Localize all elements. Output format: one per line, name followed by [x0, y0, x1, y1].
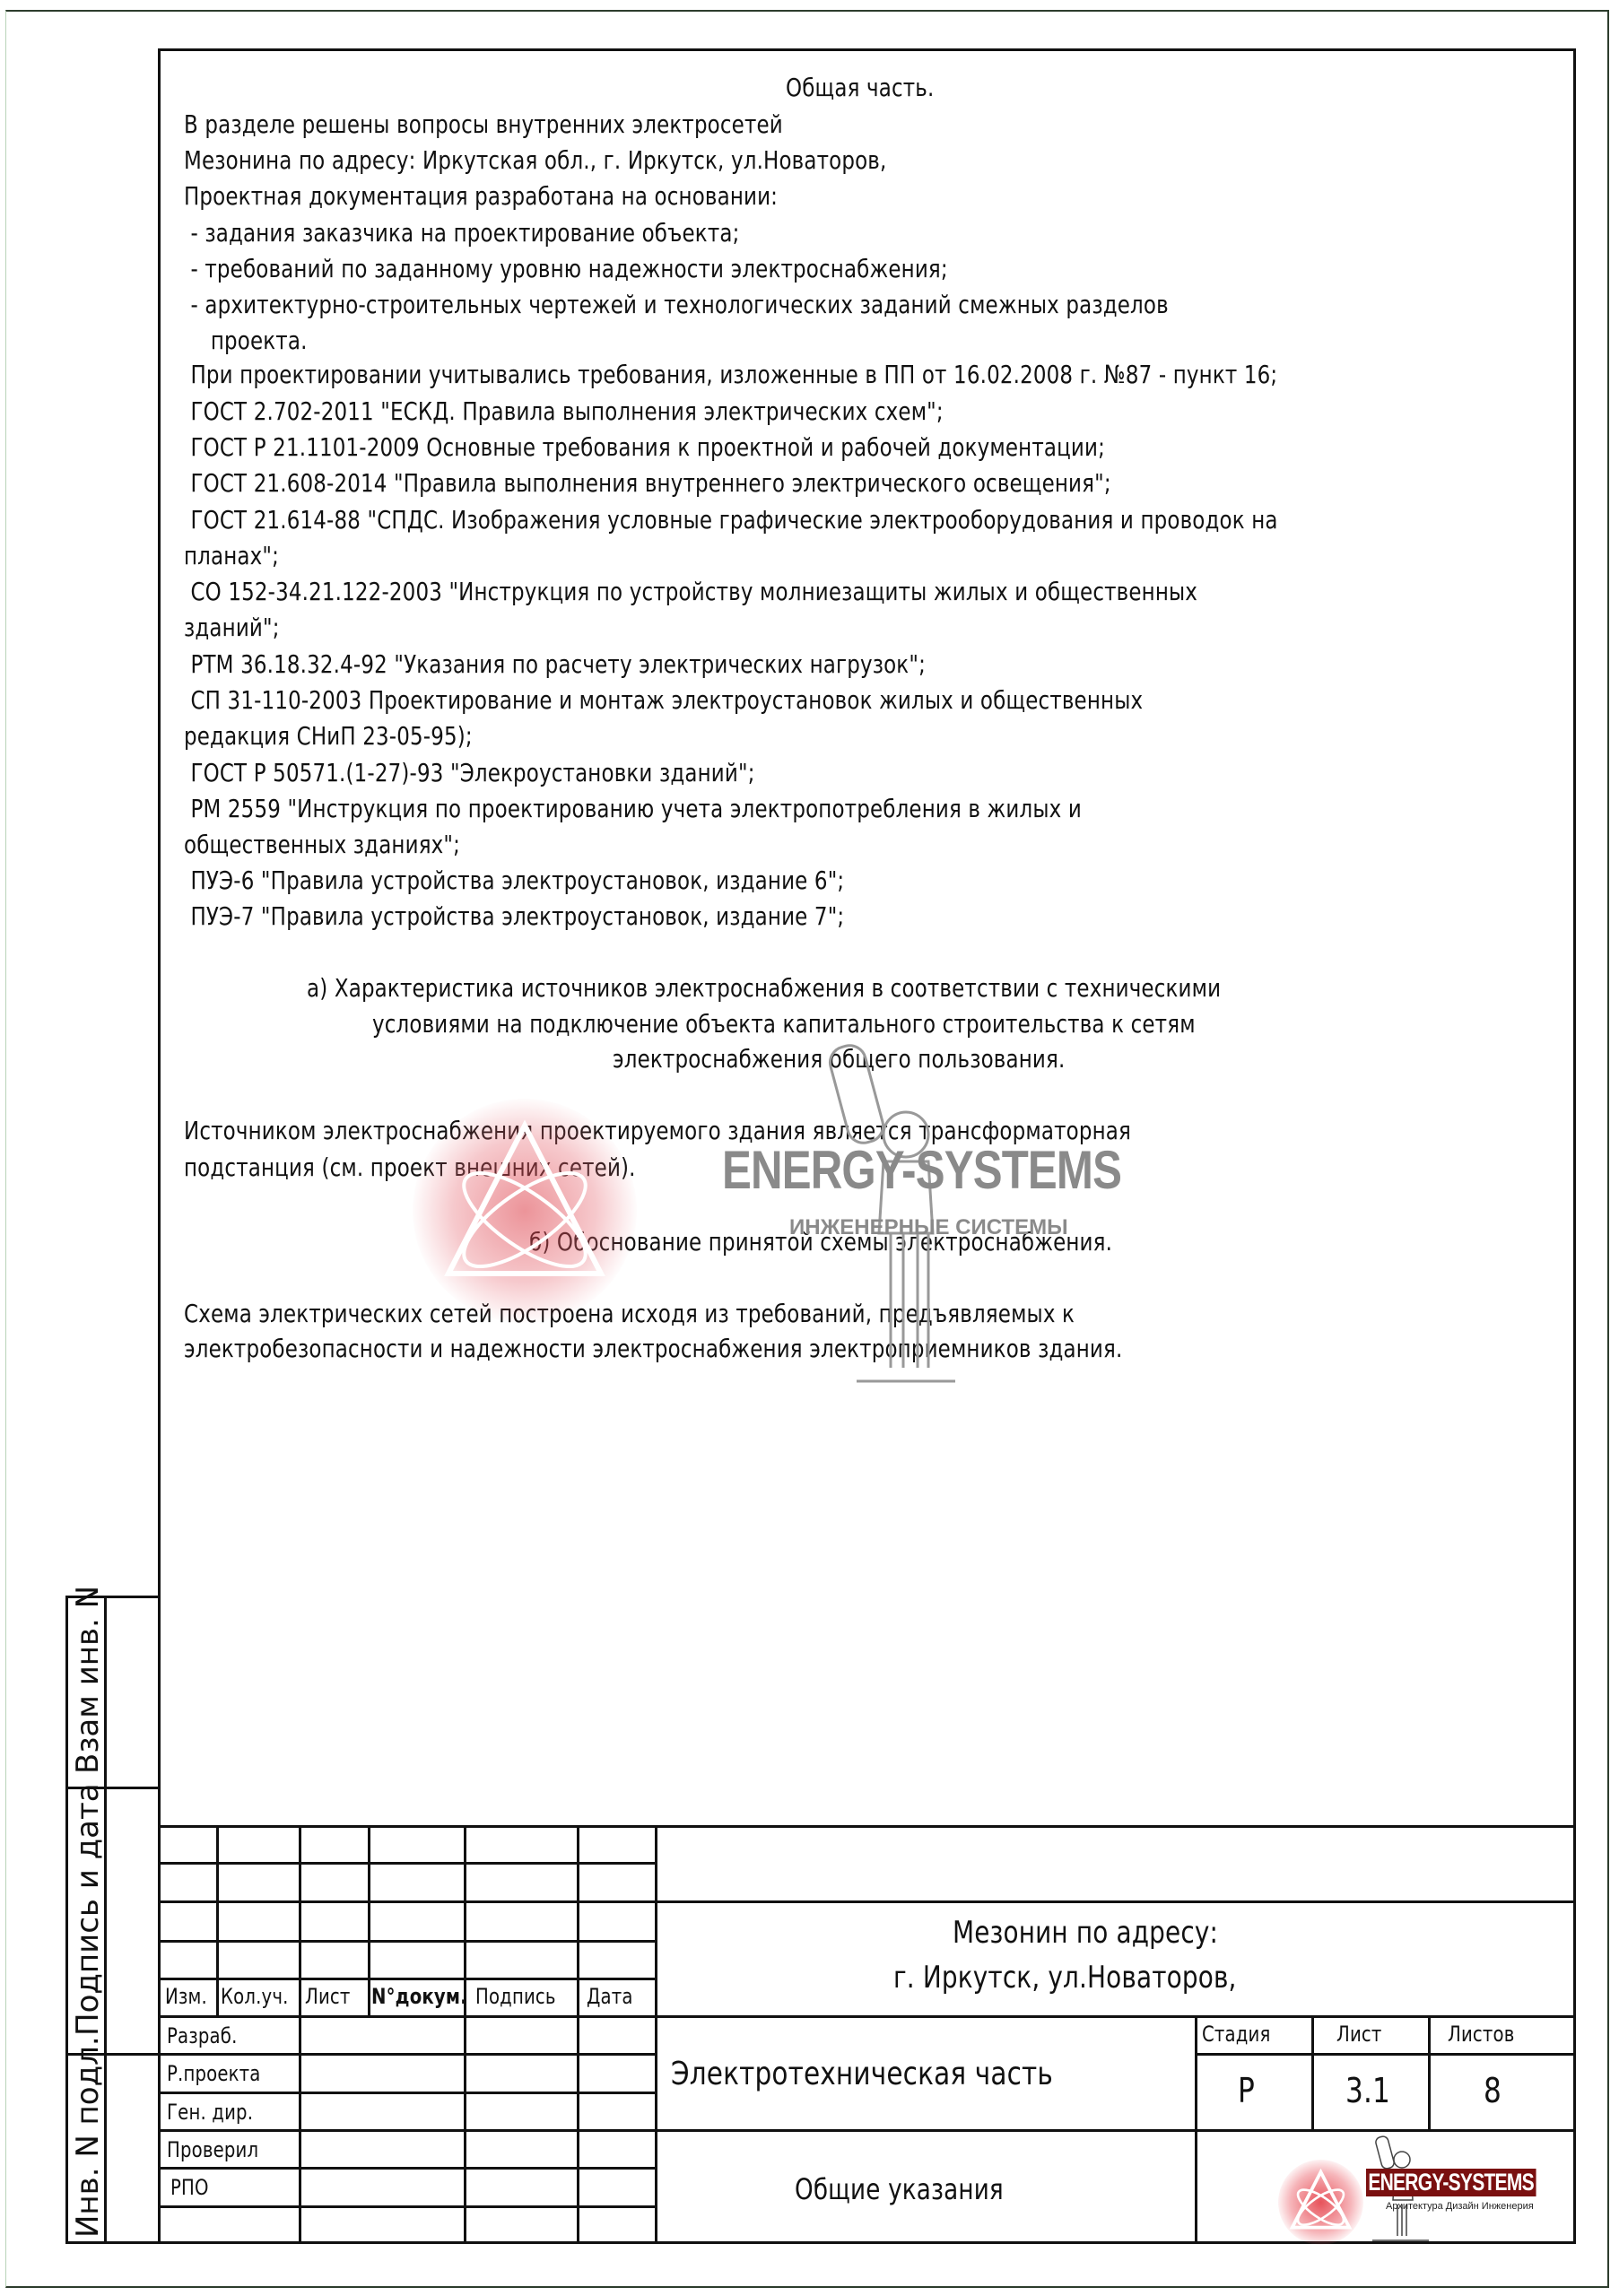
header-sheet: Лист: [305, 1986, 351, 2007]
header-change: Изм.: [165, 1986, 207, 2007]
section-b-body-2: электробезопасности и надежности электро…: [184, 1336, 1122, 1361]
body-line: ПУЭ-7 "Правила устройства электроустанов…: [184, 904, 844, 929]
body-line: ГОСТ Р 21.1101-2009 Основные требования …: [184, 435, 1105, 460]
body-line: общественных зданиях";: [184, 832, 460, 857]
side-label-replacement-inv: Взам инв. N: [70, 1586, 106, 1774]
body-line: ПУЭ-6 "Правила устройства электроустанов…: [184, 868, 844, 893]
section-a-title-3: электроснабжения общего пользования.: [613, 1047, 1065, 1072]
section-a-title-1: а) Характеристика источников электроснаб…: [307, 976, 1221, 1001]
body-line: планах";: [184, 544, 279, 569]
side-label-signature-date: Подпись и дата: [70, 1783, 106, 2036]
role-checked: Проверил: [167, 2139, 258, 2161]
body-line: - задания заказчика на проектирование об…: [184, 221, 739, 246]
role-rpo: РПО: [170, 2177, 209, 2198]
body-line: РТМ 36.18.32.4-92 "Указания по расчету э…: [184, 652, 926, 677]
body-line: СО 152-34.21.122-2003 "Инструкция по уст…: [184, 579, 1197, 604]
sheets-value: 8: [1484, 2074, 1501, 2108]
stage-value: Р: [1238, 2074, 1255, 2108]
body-line: ГОСТ 21.608-2014 "Правила выполнения вну…: [184, 471, 1111, 496]
section-a-title-2: условиями на подключение объекта капитал…: [372, 1012, 1196, 1037]
section-a-body-2: подстанция (см. проект внешних сетей).: [184, 1155, 636, 1180]
role-project-lead: Р.проекта: [167, 2063, 261, 2084]
company-logo: ENERGY-SYSTEMS Архитектура Дизайн Инжене…: [1260, 2133, 1520, 2242]
section-title: Электротехническая часть: [671, 2058, 1053, 2091]
stage-label: Стадия: [1202, 2023, 1270, 2045]
body-line: редакция СНиП 23-05-95);: [184, 724, 473, 749]
side-label-inv-original: Инв. N подл.: [70, 2036, 106, 2238]
body-line: - архитектурно-строительных чертежей и т…: [184, 292, 1169, 317]
body-line: В разделе решены вопросы внутренних элек…: [184, 112, 783, 137]
object-title-line-1: Мезонин по адресу:: [953, 1918, 1218, 1948]
role-general-director: Ген. дир.: [167, 2101, 253, 2123]
body-line: СП 31-110-2003 Проектирование и монтаж э…: [184, 688, 1143, 713]
header-doc-number: N°докум.: [371, 1986, 467, 2007]
header-date: Дата: [587, 1986, 633, 2007]
sheet-label: Лист: [1336, 2023, 1382, 2045]
body-line: - требований по заданному уровню надежно…: [184, 257, 948, 282]
sheet-value: 3.1: [1345, 2074, 1390, 2108]
body-line: Проектная документация разработана на ос…: [184, 184, 778, 209]
body-line: проекта.: [184, 328, 308, 353]
body-line: ГОСТ 2.702-2011 "ЕСКД. Правила выполнени…: [184, 399, 944, 424]
sheets-label: Листов: [1448, 2023, 1515, 2045]
section-b-title: б) Обоснование принятой схемы электросна…: [529, 1230, 1112, 1255]
body-line: зданий";: [184, 615, 280, 640]
header-count: Кол.уч.: [221, 1986, 289, 2007]
header-signature: Подпись: [475, 1986, 556, 2007]
logo-atom-star-icon: [1287, 2169, 1354, 2236]
page-heading: Общая часть.: [786, 75, 934, 100]
body-line: ГОСТ Р 50571.(1-27)-93 "Элекроустановки …: [184, 761, 755, 786]
sheet-title: Общие указания: [795, 2175, 1004, 2204]
logo-tagline: Архитектура Дизайн Инженерия: [1386, 2201, 1534, 2212]
body-line: РМ 2559 "Инструкция по проектированию уч…: [184, 796, 1082, 822]
section-b-body-1: Схема электрических сетей построена исхо…: [184, 1301, 1075, 1326]
object-title-line-2: г. Иркутск, ул.Новаторов,: [893, 1962, 1237, 1993]
body-line: ГОСТ 21.614-88 "СПДС. Изображения условн…: [184, 508, 1278, 533]
section-a-body-1: Источником электроснабжения проектируемо…: [184, 1118, 1131, 1144]
body-line: Мезонина по адресу: Иркутская обл., г. И…: [184, 148, 886, 173]
body-line: При проектировании учитывались требовани…: [184, 362, 1277, 387]
role-developer: Разраб.: [167, 2025, 237, 2047]
logo-brand: ENERGY-SYSTEMS: [1366, 2169, 1536, 2196]
